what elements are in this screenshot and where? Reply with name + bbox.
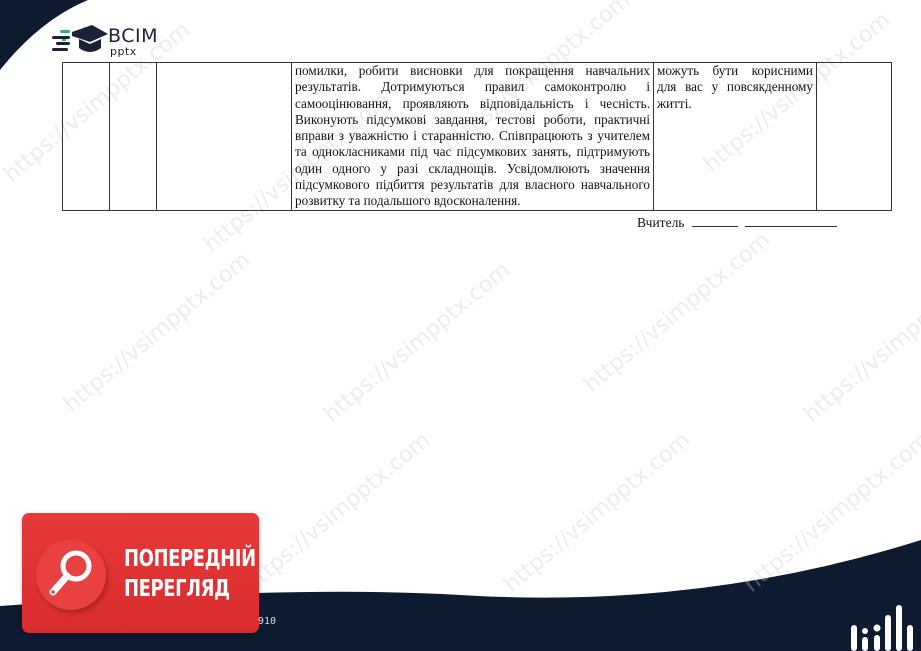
watermark: https://vsimpptx.com bbox=[59, 248, 255, 418]
brand-sub: pptx bbox=[110, 46, 137, 58]
lesson-table: помилки, робити висновки для покращення … bbox=[62, 62, 892, 211]
signature-blank bbox=[692, 214, 738, 227]
bars-logo-icon bbox=[845, 585, 921, 651]
preview-line-2: ПЕРЕГЛЯД bbox=[124, 574, 256, 604]
watermark: https://vsimpptx.com bbox=[319, 258, 515, 428]
name-blank bbox=[745, 214, 837, 227]
table-cell bbox=[157, 63, 292, 211]
brand-name: BCIM bbox=[108, 26, 158, 46]
watermark: https://vsimpptx.com bbox=[799, 258, 921, 428]
preview-badge[interactable]: ПОПЕРЕДНІЙ ПЕРЕГЛЯД bbox=[22, 513, 259, 633]
signature-label: Вчитель bbox=[637, 215, 684, 230]
preview-line-1: ПОПЕРЕДНІЙ bbox=[124, 544, 256, 574]
preview-icon-circle bbox=[36, 540, 106, 610]
table-cell-outcomes: помилки, робити висновки для покращення … bbox=[292, 63, 654, 211]
table-cell-notes: можуть бути корисними для вас у повсякде… bbox=[654, 63, 817, 211]
teacher-signature: Вчитель bbox=[637, 214, 837, 231]
watermark: https://vsimpptx.com bbox=[739, 428, 921, 598]
page-number: 910 bbox=[258, 616, 276, 627]
preview-label: ПОПЕРЕДНІЙ ПЕРЕГЛЯД bbox=[124, 544, 256, 604]
magnifier-icon bbox=[36, 540, 106, 610]
watermark: https://vsimpptx.com bbox=[579, 228, 775, 398]
watermark: https://vsimpptx.com bbox=[239, 428, 435, 598]
table-cell bbox=[817, 63, 892, 211]
table-cell bbox=[63, 63, 110, 211]
watermark: https://vsimpptx.com bbox=[499, 428, 695, 598]
brand-logo: BCIM pptx bbox=[46, 24, 166, 58]
table-cell bbox=[110, 63, 157, 211]
table-row: помилки, робити висновки для покращення … bbox=[63, 63, 892, 211]
